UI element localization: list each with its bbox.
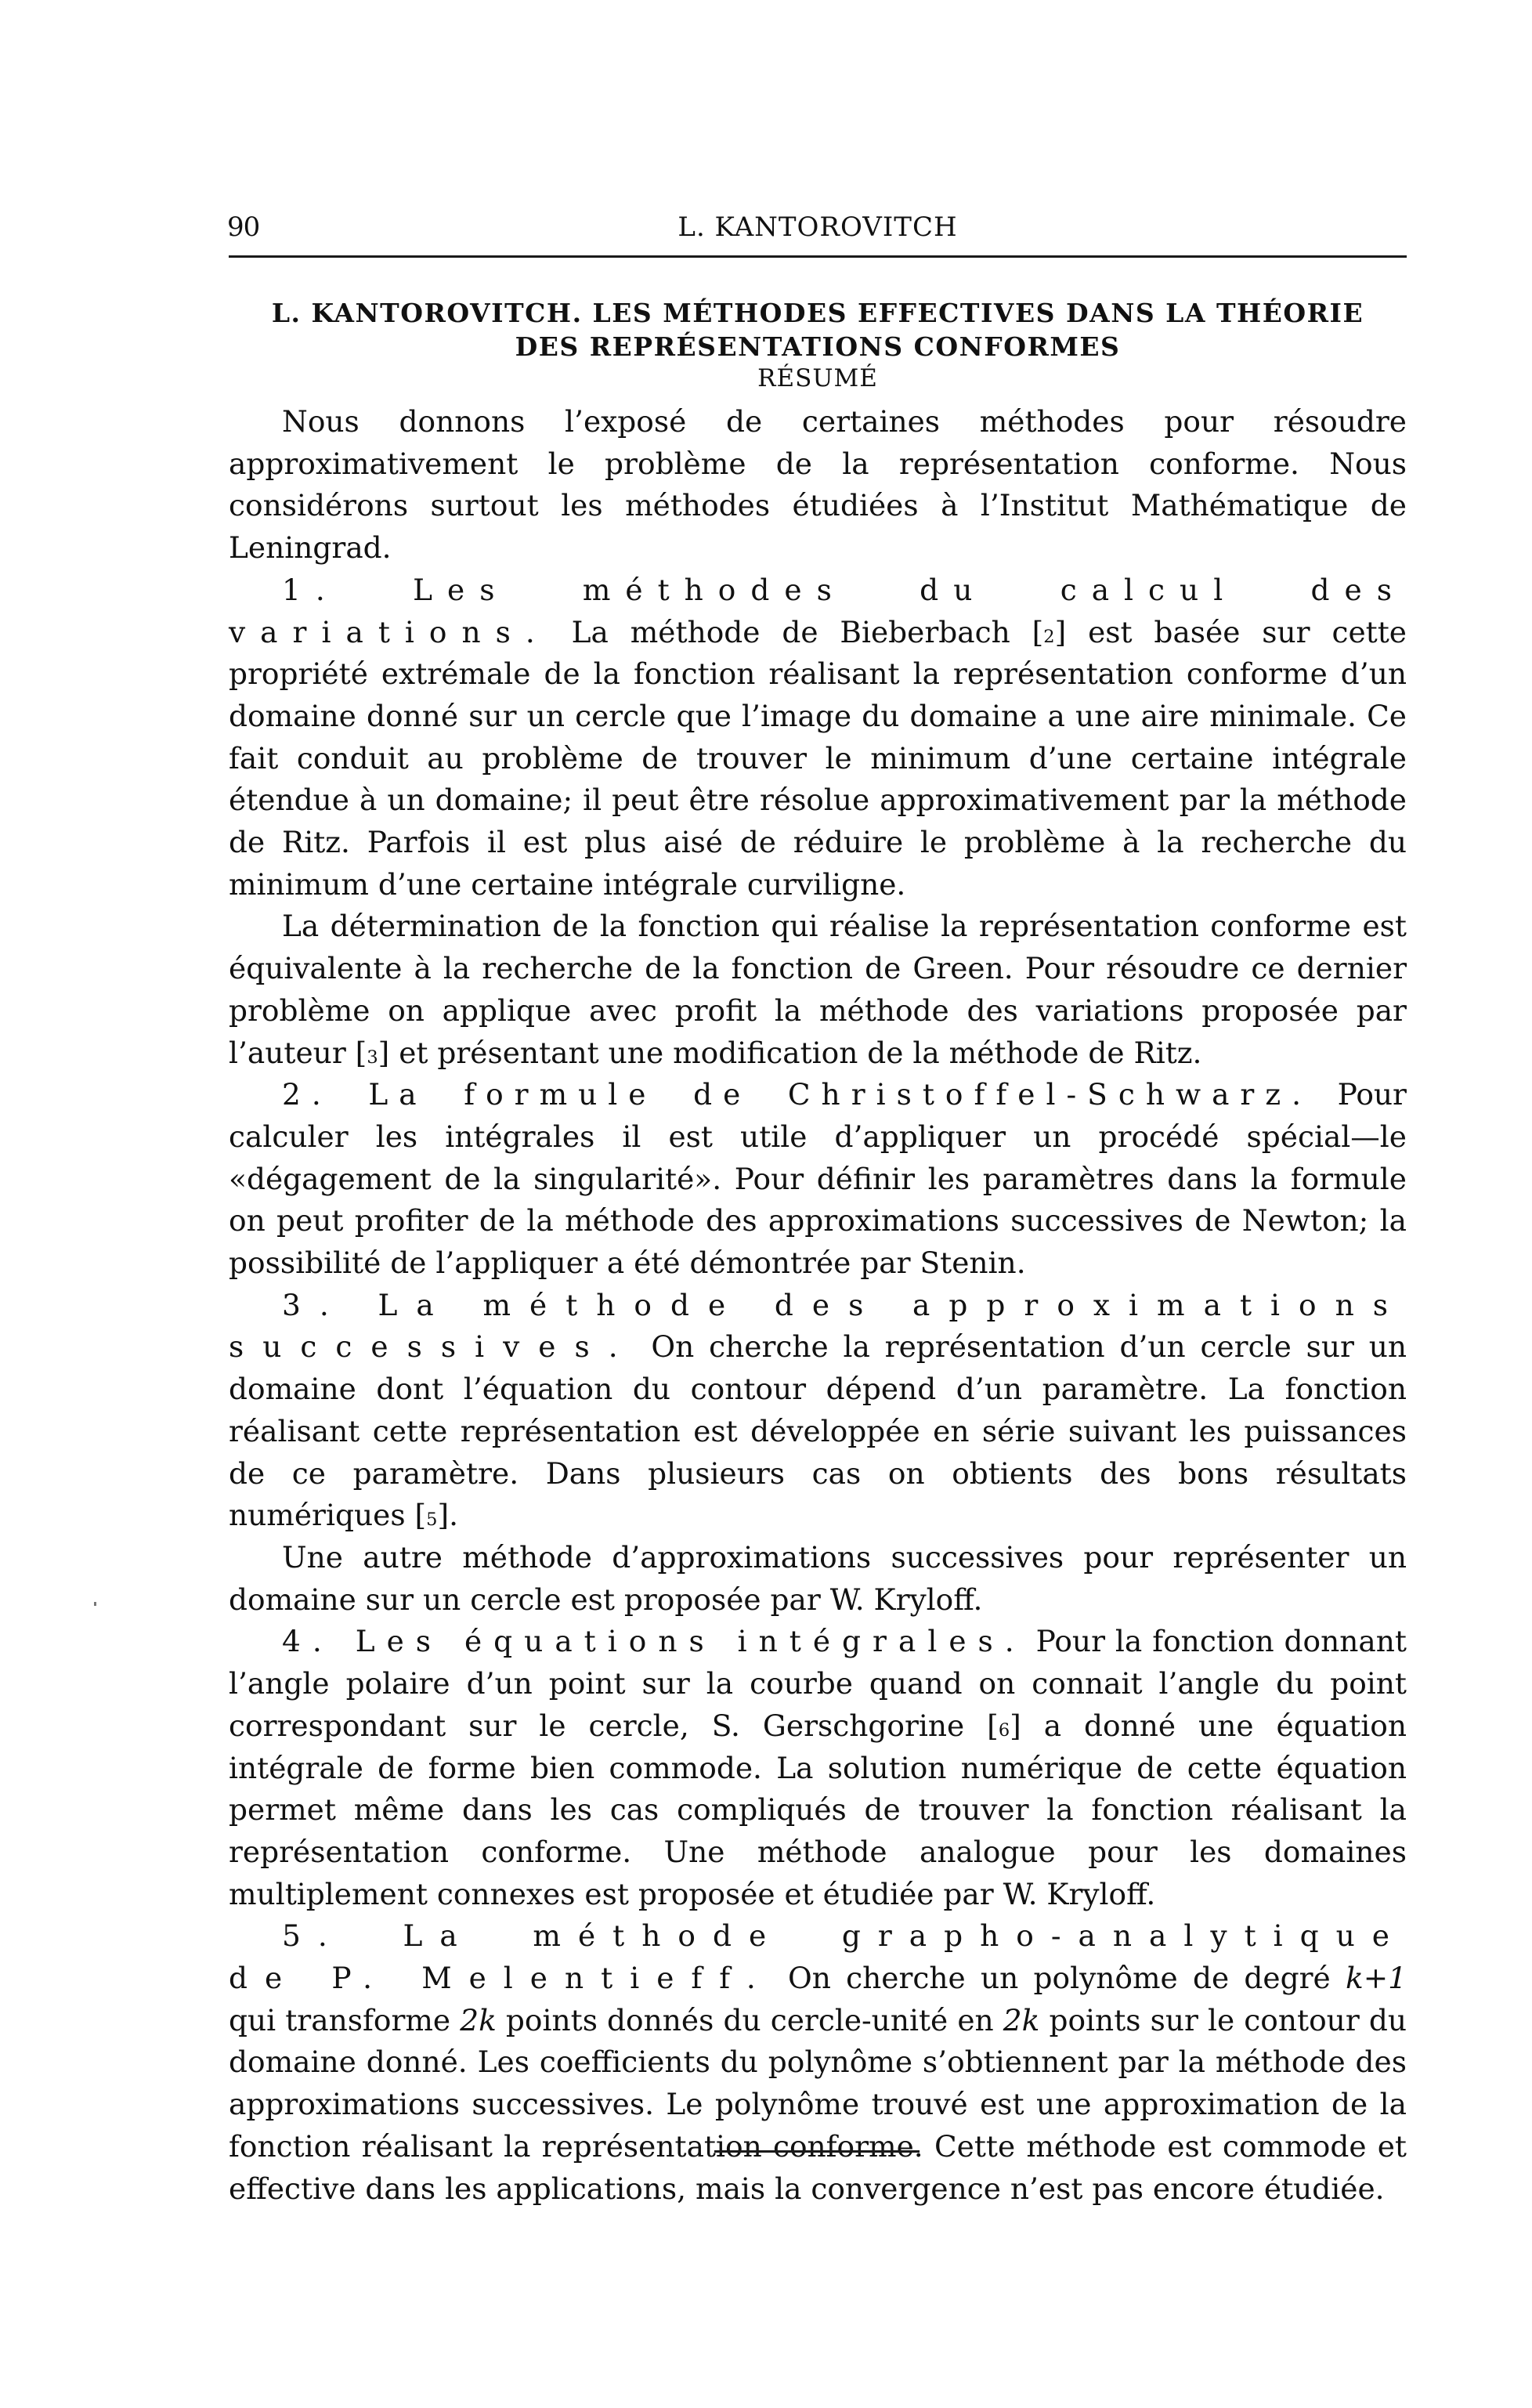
paragraph-section-3: 3. La méthode des approximations success… [229, 1285, 1407, 1537]
reference-superscript: 6 [999, 1720, 1010, 1741]
reference-superscript: 5 [426, 1510, 437, 1530]
header-rule [229, 255, 1407, 258]
math-expression: 2k [1003, 2003, 1040, 2037]
math-expression: k+1 [1346, 1961, 1407, 1995]
section-heading-4: 4. Les équations intégrales. [282, 1624, 1026, 1658]
paragraph-section-3b: Une autre méthode d’approximations succe… [229, 1537, 1407, 1621]
scan-speck [94, 1602, 96, 1606]
paragraph-text: On cherche un polynôme de degré [773, 1961, 1346, 1995]
paragraph-section-4: 4. Les équations intégrales. Pour la fon… [229, 1621, 1407, 1915]
paragraph-text: qui transforme [229, 2003, 460, 2037]
section-subtitle: RÉSUMÉ [229, 364, 1407, 392]
section-heading-2: 2. La formule de Christoffel-Schwarz. [282, 1077, 1312, 1112]
reference-superscript: 2 [1043, 627, 1054, 647]
paragraph-text: ] et présentant une modification de la m… [378, 1036, 1202, 1070]
running-title: L. KANTOROVITCH [229, 212, 1407, 243]
paragraph-text: ]. [437, 1498, 458, 1532]
paragraph-intro: Nous donnons l’exposé de certaines métho… [229, 401, 1407, 569]
article-title-line-1: L. KANTOROVITCH. LES MÉTHODES EFFECTIVES… [229, 296, 1407, 330]
paragraph-text: ] est basée sur cette propriété extrémal… [229, 615, 1407, 902]
math-expression: 2k [460, 2003, 497, 2037]
article-title: L. KANTOROVITCH. LES MÉTHODES EFFECTIVES… [229, 296, 1407, 363]
paragraph-section-2: 2. La formule de Christoffel-Schwarz. Po… [229, 1074, 1407, 1285]
paragraph-text: points donnés du cercle-unité en [497, 2003, 1003, 2037]
paragraph-section-1: 1. Les méthodes du calcul des variations… [229, 569, 1407, 906]
end-rule [714, 2150, 920, 2153]
article-title-line-2: DES REPRÉSENTATIONS CONFORMES [229, 330, 1407, 363]
paragraph-section-5: 5. La méthode grapho-analytique de P. Me… [229, 1915, 1407, 2210]
paragraph-section-1b: La détermination de la fonction qui réal… [229, 906, 1407, 1074]
article-body: Nous donnons l’exposé de certaines métho… [229, 401, 1407, 2210]
paragraph-text: La méthode de Bieberbach [ [550, 615, 1043, 649]
running-head: 90 L. KANTOROVITCH [229, 212, 1407, 251]
reference-superscript: 3 [367, 1047, 378, 1068]
